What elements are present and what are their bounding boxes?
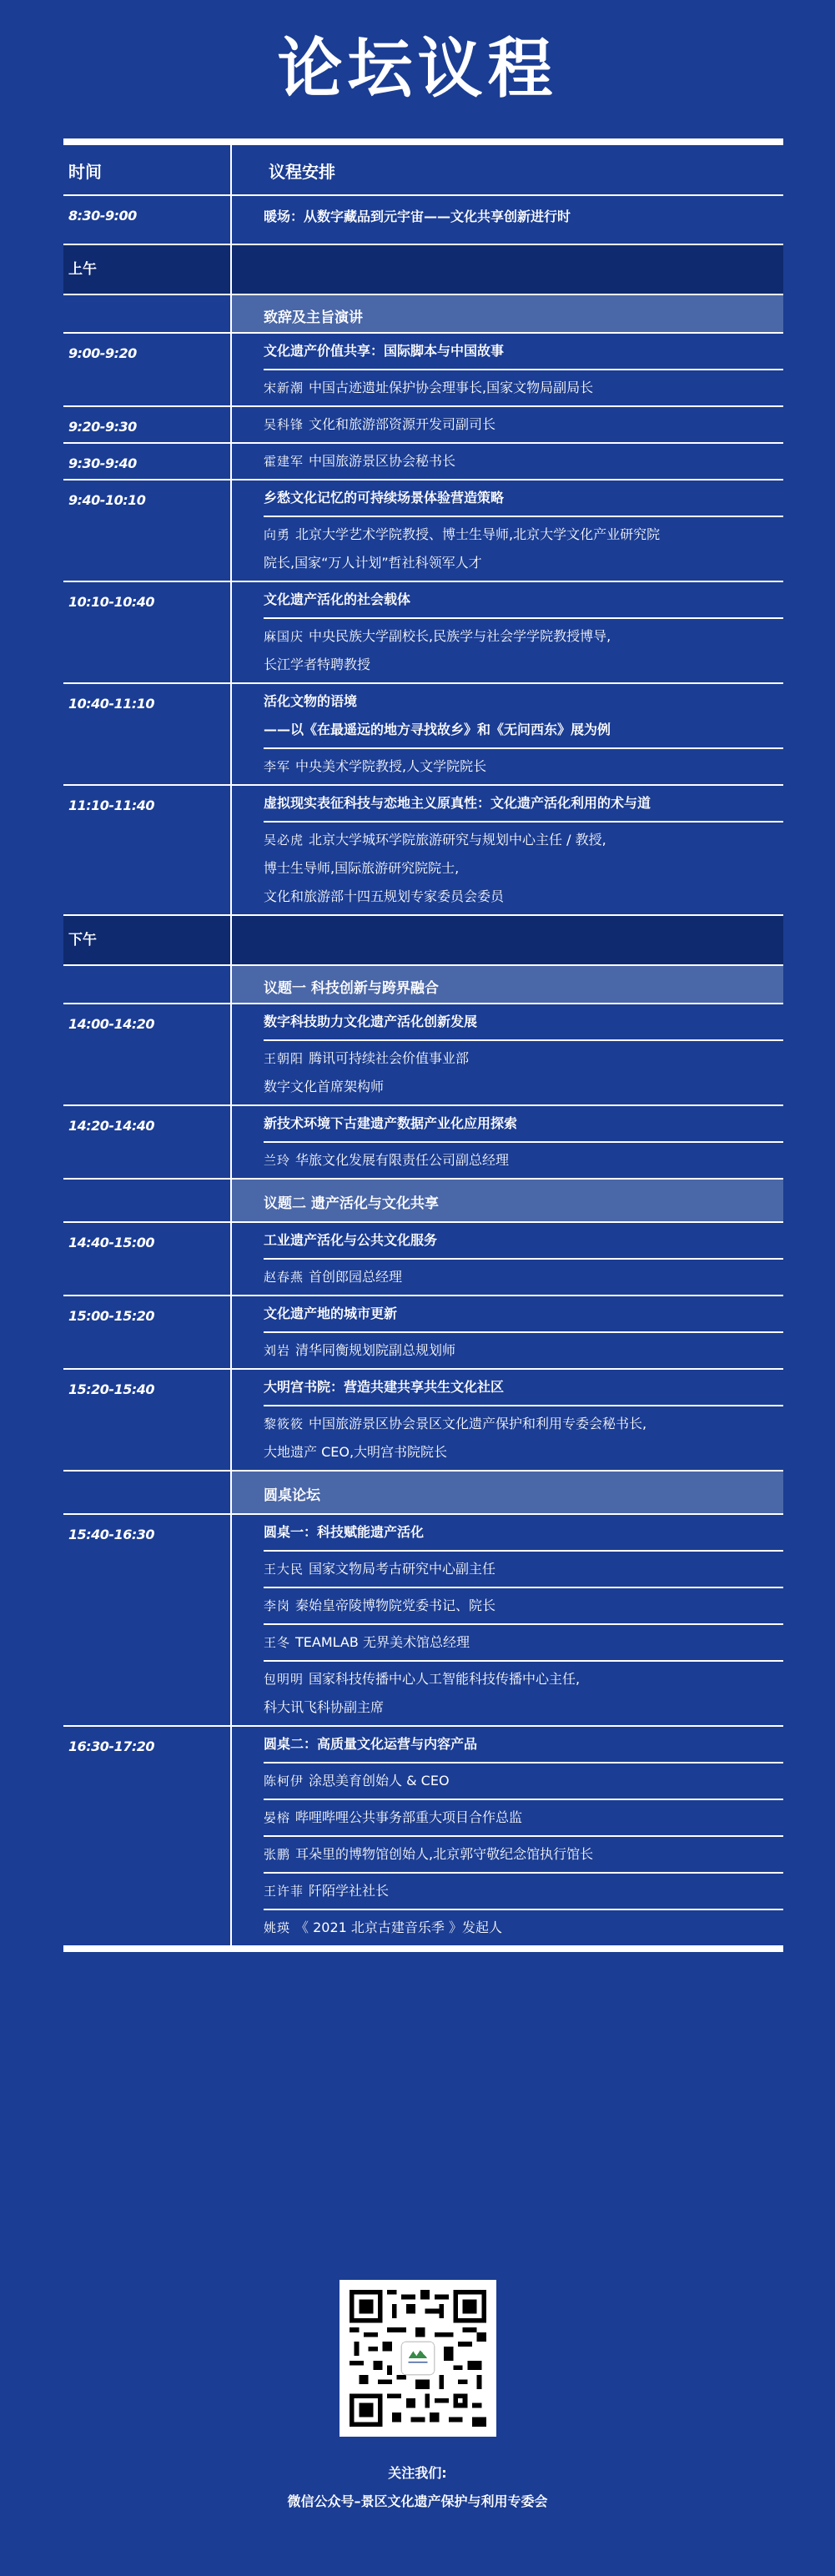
agenda-title: 数字科技助力文化遗产活化创新发展 — [264, 1004, 783, 1041]
agenda-title: 暖场：从数字藏品到元宇宙——文化共享创新进行时 — [264, 196, 783, 234]
speaker-name: 黎筱筱 — [264, 1416, 304, 1431]
time-cell: 14:40-15:00 — [63, 1223, 232, 1295]
speaker-role: 中国旅游景区协会秘书长 — [309, 453, 455, 469]
speaker-line: 霍建军中国旅游景区协会秘书长 — [264, 444, 783, 479]
speaker-name: 晏榕 — [264, 1810, 290, 1825]
speaker-role: 文化和旅游部资源开发司副司长 — [309, 416, 495, 432]
table-row: 14:00-14:20 数字科技助力文化遗产活化创新发展 王朝阳腾讯可持续社会价… — [63, 1004, 783, 1106]
time-cell: 10:40-11:10 — [63, 684, 232, 784]
speaker-line: 向勇北京大学艺术学院教授、博士生导师,北京大学文化产业研究院 — [264, 517, 783, 546]
speaker-role: 耳朵里的博物馆创始人,北京郭守敬纪念馆执行馆长 — [295, 1846, 593, 1862]
speaker-name: 王朝阳 — [264, 1051, 304, 1066]
time-cell: 9:30-9:40 — [63, 444, 232, 479]
column-header-agenda: 议程安排 — [232, 145, 783, 194]
agenda-title: 活化文物的语境 — [264, 684, 783, 713]
qr-code-graphic — [350, 2290, 486, 2427]
speaker-role: 腾讯可持续社会价值事业部 — [309, 1050, 469, 1066]
speaker-name: 姚瑛 — [264, 1920, 290, 1935]
speaker-role: 《 2021 北京古建音乐季 》发起人 — [295, 1919, 502, 1935]
speaker-name: 李岗 — [264, 1598, 290, 1613]
footer-follow: 关注我们: 微信公众号–景区文化遗产保护与利用专委会 — [0, 2459, 835, 2516]
topic-label: 致辞及主旨演讲 — [232, 295, 783, 332]
time-cell: 14:00-14:20 — [63, 1004, 232, 1104]
speaker-role: 首创郎园总经理 — [309, 1269, 402, 1285]
time-cell: 8:30-9:00 — [63, 196, 232, 244]
time-cell: 15:40-16:30 — [63, 1515, 232, 1725]
topic-label: 圆桌论坛 — [232, 1472, 783, 1513]
speaker-role: 阡陌学社社长 — [309, 1883, 389, 1899]
speaker-line: 王朝阳腾讯可持续社会价值事业部 — [264, 1041, 783, 1070]
table-row: 15:00-15:20 文化遗产地的城市更新 刘岩清华同衡规划院副总规划师 — [63, 1296, 783, 1370]
speaker-name: 吴必虎 — [264, 833, 304, 848]
topic-row-2: 议题二 遗产活化与文化共享 — [63, 1180, 783, 1223]
session-row-afternoon: 下午 — [63, 916, 783, 966]
speaker-role-continued: 科大讯飞科协副主席 — [264, 1691, 783, 1725]
speaker-line: 吴科锋文化和旅游部资源开发司副司长 — [264, 407, 783, 442]
speaker-role-continued: 文化和旅游部十四五规划专家委员会委员 — [264, 880, 783, 914]
speaker-role: 中国旅游景区协会景区文化遗产保护和利用专委会秘书长, — [309, 1416, 646, 1431]
speaker-name: 陈柯伊 — [264, 1774, 304, 1789]
speaker-name: 霍建军 — [264, 454, 304, 469]
speaker-name: 张鹏 — [264, 1847, 290, 1862]
speaker-line: 李军中央美术学院教授,人文学院院长 — [264, 749, 783, 784]
speaker-role: 中央民族大学副校长,民族学与社会学学院教授博导, — [309, 628, 611, 644]
speaker-role: 清华同衡规划院副总规划师 — [295, 1342, 455, 1358]
speaker-line: 赵春燕首创郎园总经理 — [264, 1260, 783, 1295]
topic-row-1: 议题一 科技创新与跨界融合 — [63, 966, 783, 1004]
speaker-name: 王大民 — [264, 1562, 304, 1577]
agenda-title: 乡愁文化记忆的可持续场景体验营造策略 — [264, 480, 783, 517]
table-row: 9:20-9:30 吴科锋文化和旅游部资源开发司副司长 — [63, 407, 783, 444]
speaker-role: TEAMLAB 无界美术馆总经理 — [295, 1634, 470, 1650]
time-cell: 15:20-15:40 — [63, 1370, 232, 1470]
time-cell: 10:10-10:40 — [63, 582, 232, 682]
page-title: 论坛议程 — [0, 32, 835, 107]
table-row: 15:40-16:30 圆桌一：科技赋能遗产活化 王大民国家文物局考古研究中心副… — [63, 1515, 783, 1727]
agenda-title: 圆桌二：高质量文化运营与内容产品 — [264, 1727, 783, 1763]
table-row: 10:40-11:10 活化文物的语境 ——以《在最遥远的地方寻找故乡》和《无问… — [63, 684, 783, 786]
table-row: 14:20-14:40 新技术环境下古建遗产数据产业化应用探索 兰玲华旅文化发展… — [63, 1106, 783, 1180]
agenda-title: 文化遗产活化的社会载体 — [264, 582, 783, 619]
speaker-name: 刘岩 — [264, 1343, 290, 1358]
table-header-row: 时间 议程安排 — [63, 145, 783, 196]
speaker-role-continued: 博士生导师,国际旅游研究院院士, — [264, 852, 783, 880]
wechat-account-label: 微信公众号–景区文化遗产保护与利用专委会 — [0, 2488, 835, 2516]
speaker-role-continued: 院长,国家“万人计划”哲社科领军人才 — [264, 546, 783, 581]
speaker-line: 麻国庆中央民族大学副校长,民族学与社会学学院教授博导, — [264, 619, 783, 648]
time-cell: 9:40-10:10 — [63, 480, 232, 581]
speaker-name: 向勇 — [264, 527, 290, 542]
speaker-line: 李岗秦始皇帝陵博物院党委书记、院长 — [264, 1588, 783, 1625]
speaker-line: 黎筱筱中国旅游景区协会景区文化遗产保护和利用专委会秘书长, — [264, 1406, 783, 1436]
time-cell: 9:20-9:30 — [63, 407, 232, 442]
speaker-role-continued: 大地遗产 CEO,大明宫书院院长 — [264, 1436, 783, 1470]
table-row: 10:10-10:40 文化遗产活化的社会载体 麻国庆中央民族大学副校长,民族学… — [63, 582, 783, 684]
agenda-title: 文化遗产地的城市更新 — [264, 1296, 783, 1333]
speaker-name: 麻国庆 — [264, 629, 304, 644]
time-cell: 16:30-17:20 — [63, 1727, 232, 1945]
topic-label: 议题一 科技创新与跨界融合 — [232, 966, 783, 1003]
table-row: 11:10-11:40 虚拟现实表征科技与恋地主义原真性：文化遗产活化利用的术与… — [63, 786, 783, 916]
agenda-table: 时间 议程安排 8:30-9:00 暖场：从数字藏品到元宇宙——文化共享创新进行… — [63, 138, 783, 1952]
speaker-name: 兰玲 — [264, 1153, 290, 1168]
topic-row-roundtable: 圆桌论坛 — [63, 1472, 783, 1515]
speaker-role: 秦始皇帝陵博物院党委书记、院长 — [295, 1597, 495, 1613]
speaker-line: 宋新潮中国古迹遗址保护协会理事长,国家文物局副局长 — [264, 370, 783, 405]
speaker-line: 王冬TEAMLAB 无界美术馆总经理 — [264, 1625, 783, 1662]
time-cell: 9:00-9:20 — [63, 334, 232, 405]
speaker-role: 华旅文化发展有限责任公司副总经理 — [295, 1152, 509, 1168]
speaker-role: 中央美术学院教授,人文学院院长 — [295, 758, 486, 774]
speaker-line: 兰玲华旅文化发展有限责任公司副总经理 — [264, 1143, 783, 1178]
agenda-title: 文化遗产价值共享：国际脚本与中国故事 — [264, 334, 783, 370]
speaker-line: 张鹏耳朵里的博物馆创始人,北京郭守敬纪念馆执行馆长 — [264, 1837, 783, 1874]
speaker-line: 刘岩清华同衡规划院副总规划师 — [264, 1333, 783, 1368]
speaker-role: 涂思美育创始人 & CEO — [309, 1773, 450, 1789]
table-row: 9:40-10:10 乡愁文化记忆的可持续场景体验营造策略 向勇北京大学艺术学院… — [63, 480, 783, 582]
speaker-role-continued: 长江学者特聘教授 — [264, 648, 783, 682]
topic-label: 议题二 遗产活化与文化共享 — [232, 1180, 783, 1221]
speaker-role: 国家文物局考古研究中心副主任 — [309, 1561, 495, 1577]
speaker-role-continued: 数字文化首席架构师 — [264, 1070, 783, 1104]
speaker-line: 陈柯伊涂思美育创始人 & CEO — [264, 1763, 783, 1800]
speaker-name: 赵春燕 — [264, 1270, 304, 1285]
agenda-subtitle: ——以《在最遥远的地方寻找故乡》和《无问西东》展为例 — [264, 713, 783, 749]
speaker-line: 吴必虎北京大学城环学院旅游研究与规划中心主任 / 教授, — [264, 823, 783, 852]
time-cell: 11:10-11:40 — [63, 786, 232, 914]
table-row: 14:40-15:00 工业遗产活化与公共文化服务 赵春燕首创郎园总经理 — [63, 1223, 783, 1296]
speaker-role: 国家科技传播中心人工智能科技传播中心主任, — [309, 1671, 580, 1687]
speaker-name: 王许菲 — [264, 1884, 304, 1899]
speaker-name: 宋新潮 — [264, 380, 304, 395]
speaker-name: 吴科锋 — [264, 417, 304, 432]
agenda-title: 新技术环境下古建遗产数据产业化应用探索 — [264, 1106, 783, 1143]
speaker-line: 王许菲阡陌学社社长 — [264, 1874, 783, 1910]
follow-label: 关注我们: — [0, 2459, 835, 2488]
column-header-time: 时间 — [63, 145, 232, 194]
session-row-morning: 上午 — [63, 245, 783, 295]
speaker-role: 哔哩哔哩公共事务部重大项目合作总监 — [295, 1809, 522, 1825]
time-cell: 15:00-15:20 — [63, 1296, 232, 1368]
speaker-line: 包明明国家科技传播中心人工智能科技传播中心主任, — [264, 1662, 783, 1691]
speaker-role: 北京大学城环学院旅游研究与规划中心主任 / 教授, — [309, 832, 606, 848]
speaker-name: 包明明 — [264, 1672, 304, 1687]
speaker-role: 北京大学艺术学院教授、博士生导师,北京大学文化产业研究院 — [295, 526, 660, 542]
agenda-title: 大明宫书院：营造共建共享共生文化社区 — [264, 1370, 783, 1406]
table-bottom-rule — [63, 1945, 783, 1952]
speaker-name: 李军 — [264, 759, 290, 774]
session-label: 上午 — [63, 245, 232, 294]
session-label: 下午 — [63, 916, 232, 964]
speaker-line: 姚瑛《 2021 北京古建音乐季 》发起人 — [264, 1910, 783, 1945]
topic-row-keynote: 致辞及主旨演讲 — [63, 295, 783, 334]
speaker-role: 中国古迹遗址保护协会理事长,国家文物局副局长 — [309, 380, 593, 395]
agenda-title: 工业遗产活化与公共文化服务 — [264, 1223, 783, 1260]
table-row: 9:30-9:40 霍建军中国旅游景区协会秘书长 — [63, 444, 783, 480]
table-row: 16:30-17:20 圆桌二：高质量文化运营与内容产品 陈柯伊涂思美育创始人 … — [63, 1727, 783, 1945]
table-top-rule — [63, 138, 783, 145]
agenda-title: 圆桌一：科技赋能遗产活化 — [264, 1515, 783, 1552]
speaker-name: 王冬 — [264, 1635, 290, 1650]
table-row: 9:00-9:20 文化遗产价值共享：国际脚本与中国故事 宋新潮中国古迹遗址保护… — [63, 334, 783, 407]
table-row: 15:20-15:40 大明宫书院：营造共建共享共生文化社区 黎筱筱中国旅游景区… — [63, 1370, 783, 1472]
speaker-line: 晏榕哔哩哔哩公共事务部重大项目合作总监 — [264, 1800, 783, 1837]
table-row-opening: 8:30-9:00 暖场：从数字藏品到元宇宙——文化共享创新进行时 — [63, 196, 783, 245]
time-cell: 14:20-14:40 — [63, 1106, 232, 1178]
speaker-line: 王大民国家文物局考古研究中心副主任 — [264, 1552, 783, 1588]
qr-code-icon[interactable] — [340, 2280, 496, 2437]
agenda-title: 虚拟现实表征科技与恋地主义原真性：文化遗产活化利用的术与道 — [264, 786, 783, 823]
